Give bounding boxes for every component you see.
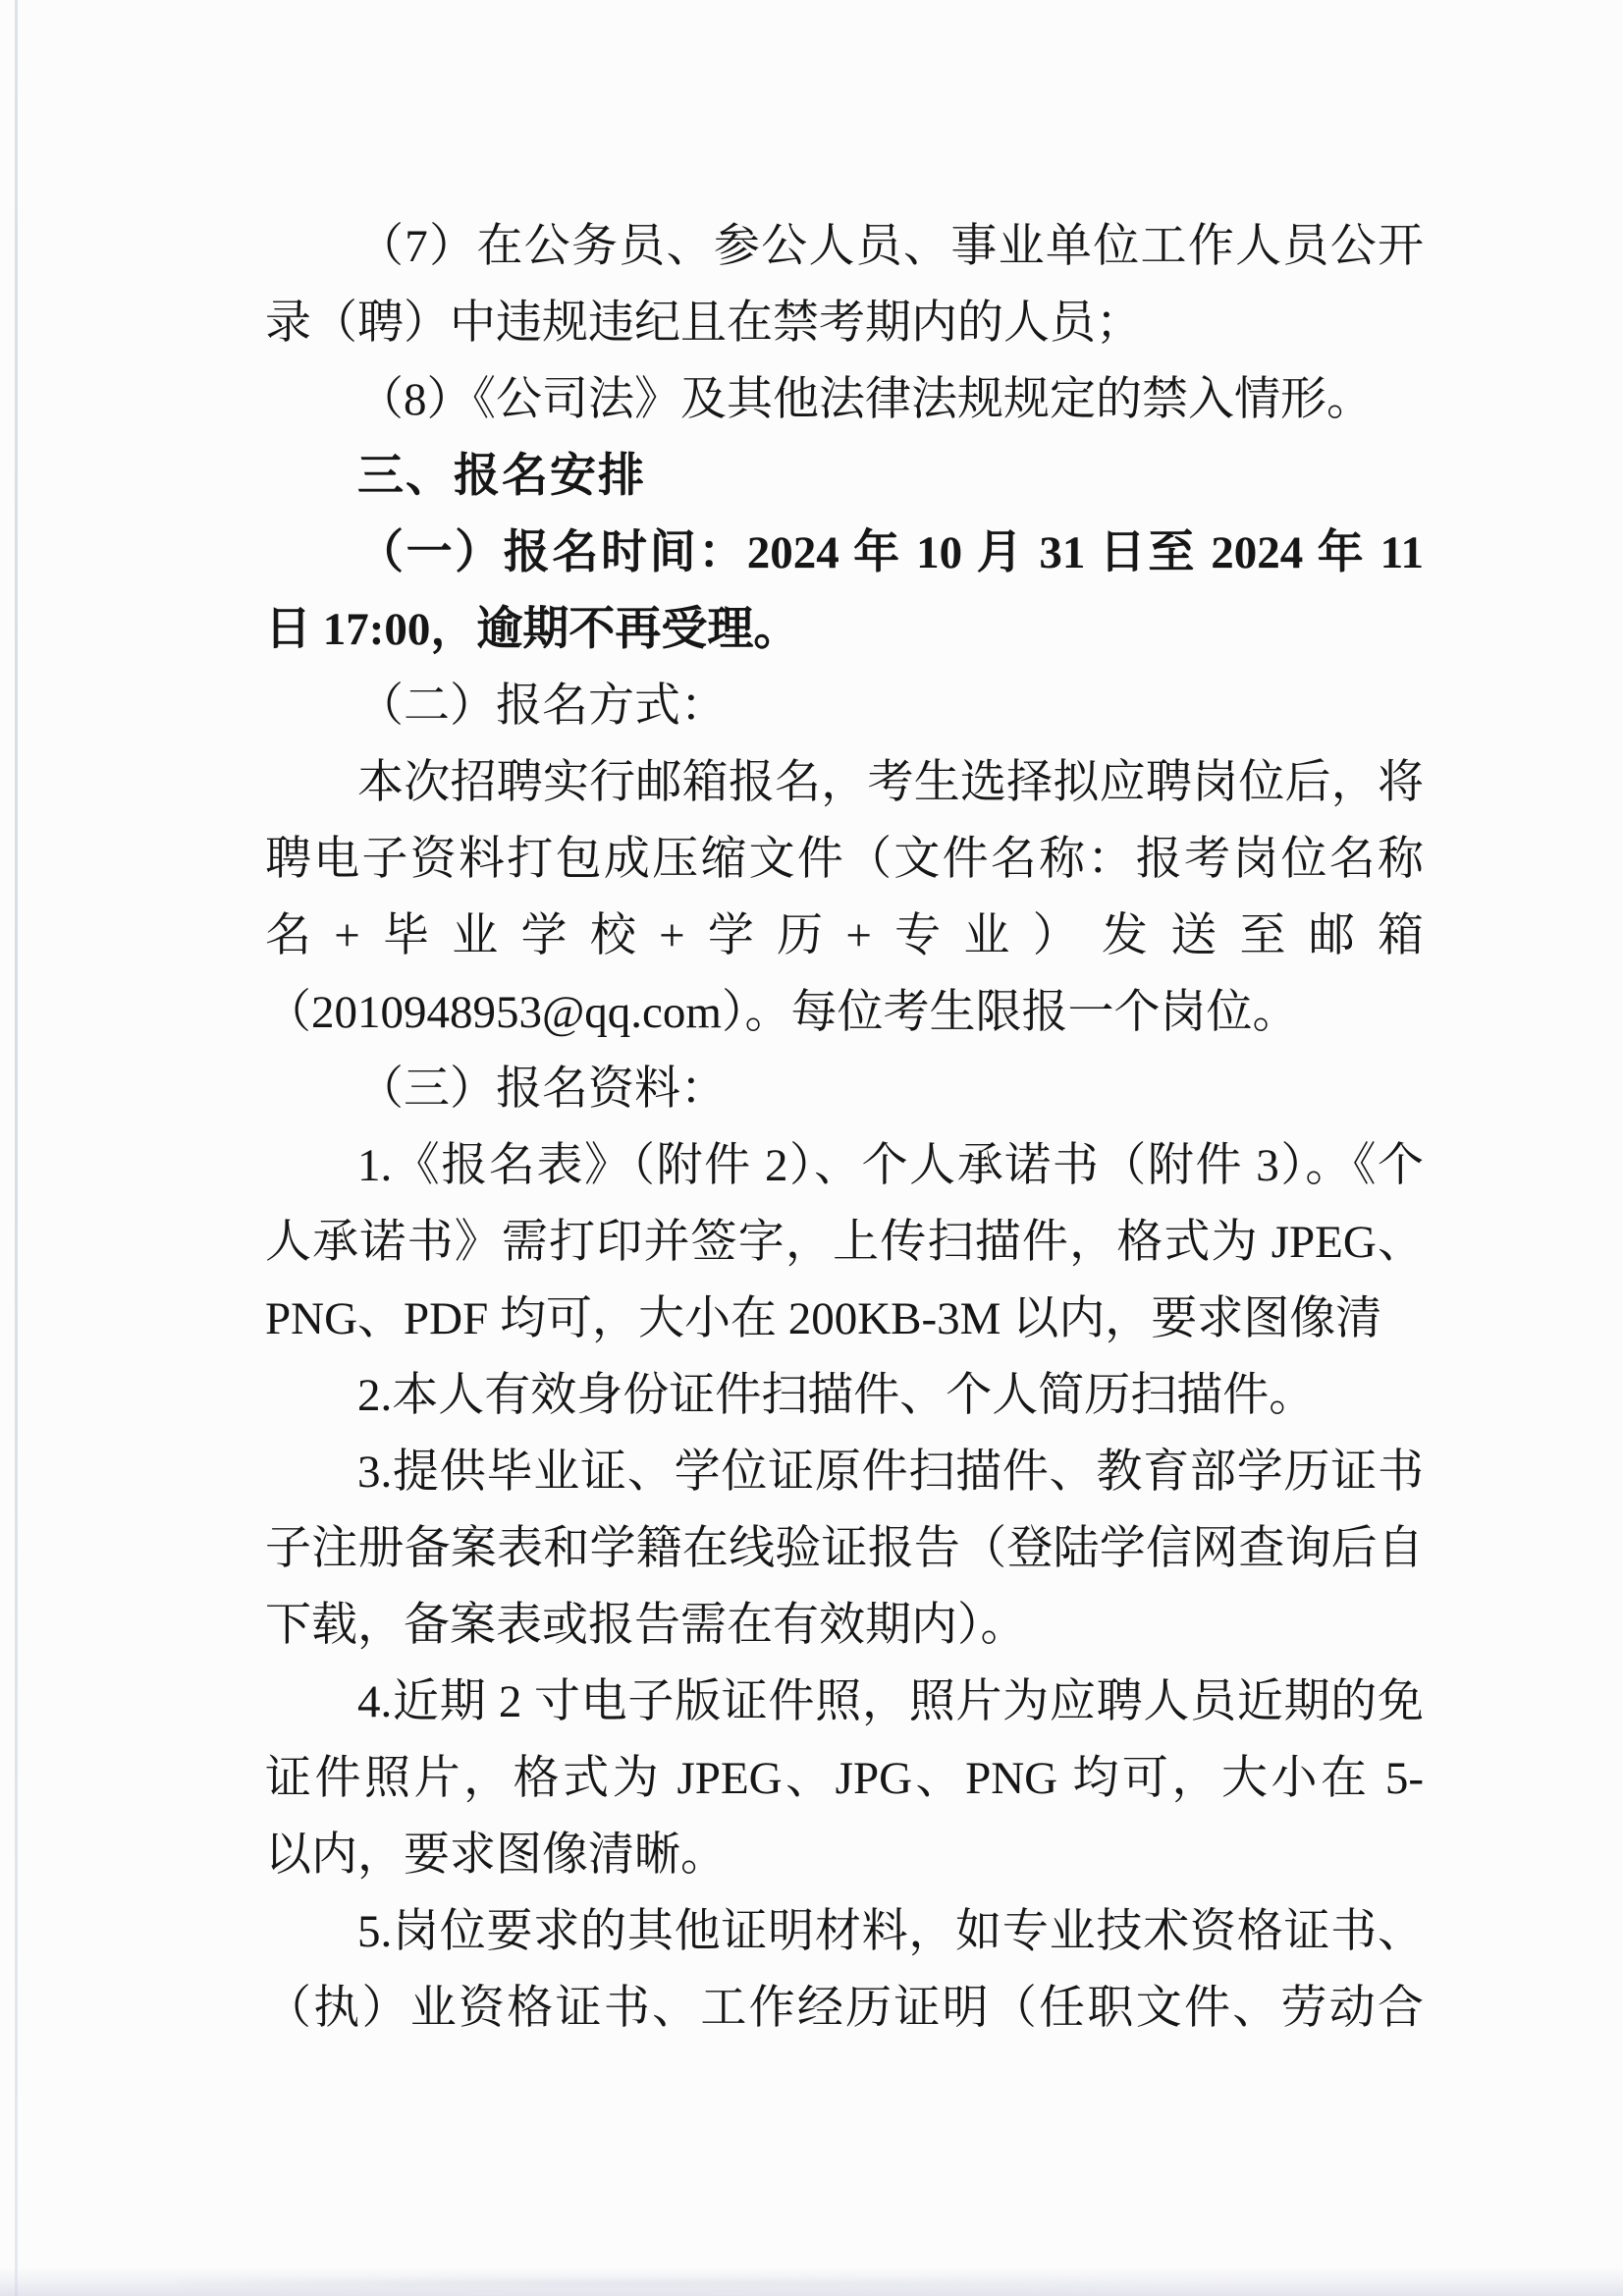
text-line: PNG、PDF 均可，大小在 200KB-3M 以内，要求图像清晰。 bbox=[265, 1281, 1424, 1357]
text-line: 下载，备案表或报告需在有效期内）。 bbox=[265, 1587, 1424, 1664]
text-line: 4.近期 2 寸电子版证件照，照片为应聘人员近期的免冠 bbox=[265, 1664, 1424, 1740]
text-line: 录（聘）中违规违纪且在禁考期内的人员； bbox=[265, 285, 1424, 361]
text-line: （2010948953@qq.com）。每位考生限报一个岗位。 bbox=[265, 974, 1424, 1051]
document-page: （7）在公务员、参公人员、事业单位工作人员公开考录（聘）中违规违纪且在禁考期内的… bbox=[0, 0, 1623, 2296]
text-line: 名+毕业学校+学历+专业）发送至邮箱 bbox=[265, 898, 1424, 974]
text-line: 三、报名安排 bbox=[265, 438, 1424, 515]
text-line: （7）在公务员、参公人员、事业单位工作人员公开考 bbox=[265, 208, 1424, 285]
text-line: 以内，要求图像清晰。 bbox=[265, 1817, 1424, 1893]
text-line: （8）《公司法》及其他法律法规规定的禁入情形。 bbox=[265, 361, 1424, 438]
document-text: （7）在公务员、参公人员、事业单位工作人员公开考录（聘）中违规违纪且在禁考期内的… bbox=[265, 208, 1424, 2047]
text-line: 聘电子资料打包成压缩文件（文件名称：报考岗位名称+姓 bbox=[265, 821, 1424, 898]
text-line: 本次招聘实行邮箱报名，考生选择拟应聘岗位后，将应 bbox=[265, 744, 1424, 821]
text-line: 1.《报名表》（附件 2）、个人承诺书（附件 3）。《个 bbox=[265, 1127, 1424, 1204]
text-line: 人承诺书》需打印并签字，上传扫描件，格式为 JPEG、JPG、 bbox=[265, 1204, 1424, 1281]
text-line: （二）报名方式： bbox=[265, 668, 1424, 744]
scan-edge-line bbox=[15, 0, 18, 2296]
scan-bottom-shadow bbox=[0, 2267, 1623, 2296]
text-line: （三）报名资料： bbox=[265, 1051, 1424, 1127]
text-line: （一）报名时间：2024 年 10 月 31 日至 2024 年 11 月 8 bbox=[265, 515, 1424, 591]
text-line: 2.本人有效身份证件扫描件、个人简历扫描件。 bbox=[265, 1357, 1424, 1434]
text-line: 子注册备案表和学籍在线验证报告（登陆学信网查询后自行 bbox=[265, 1510, 1424, 1587]
text-line: 证件照片，格式为 JPEG、JPG、PNG 均可，大小在 5-50KB bbox=[265, 1740, 1424, 1817]
text-line: 3.提供毕业证、学位证原件扫描件、教育部学历证书电 bbox=[265, 1434, 1424, 1510]
text-line: 日 17:00，逾期不再受理。 bbox=[265, 591, 1424, 668]
text-line: （执）业资格证书、工作经历证明（任职文件、劳动合同、 bbox=[265, 1970, 1424, 2047]
text-line: 5.岗位要求的其他证明材料，如专业技术资格证书、职 bbox=[265, 1893, 1424, 1970]
